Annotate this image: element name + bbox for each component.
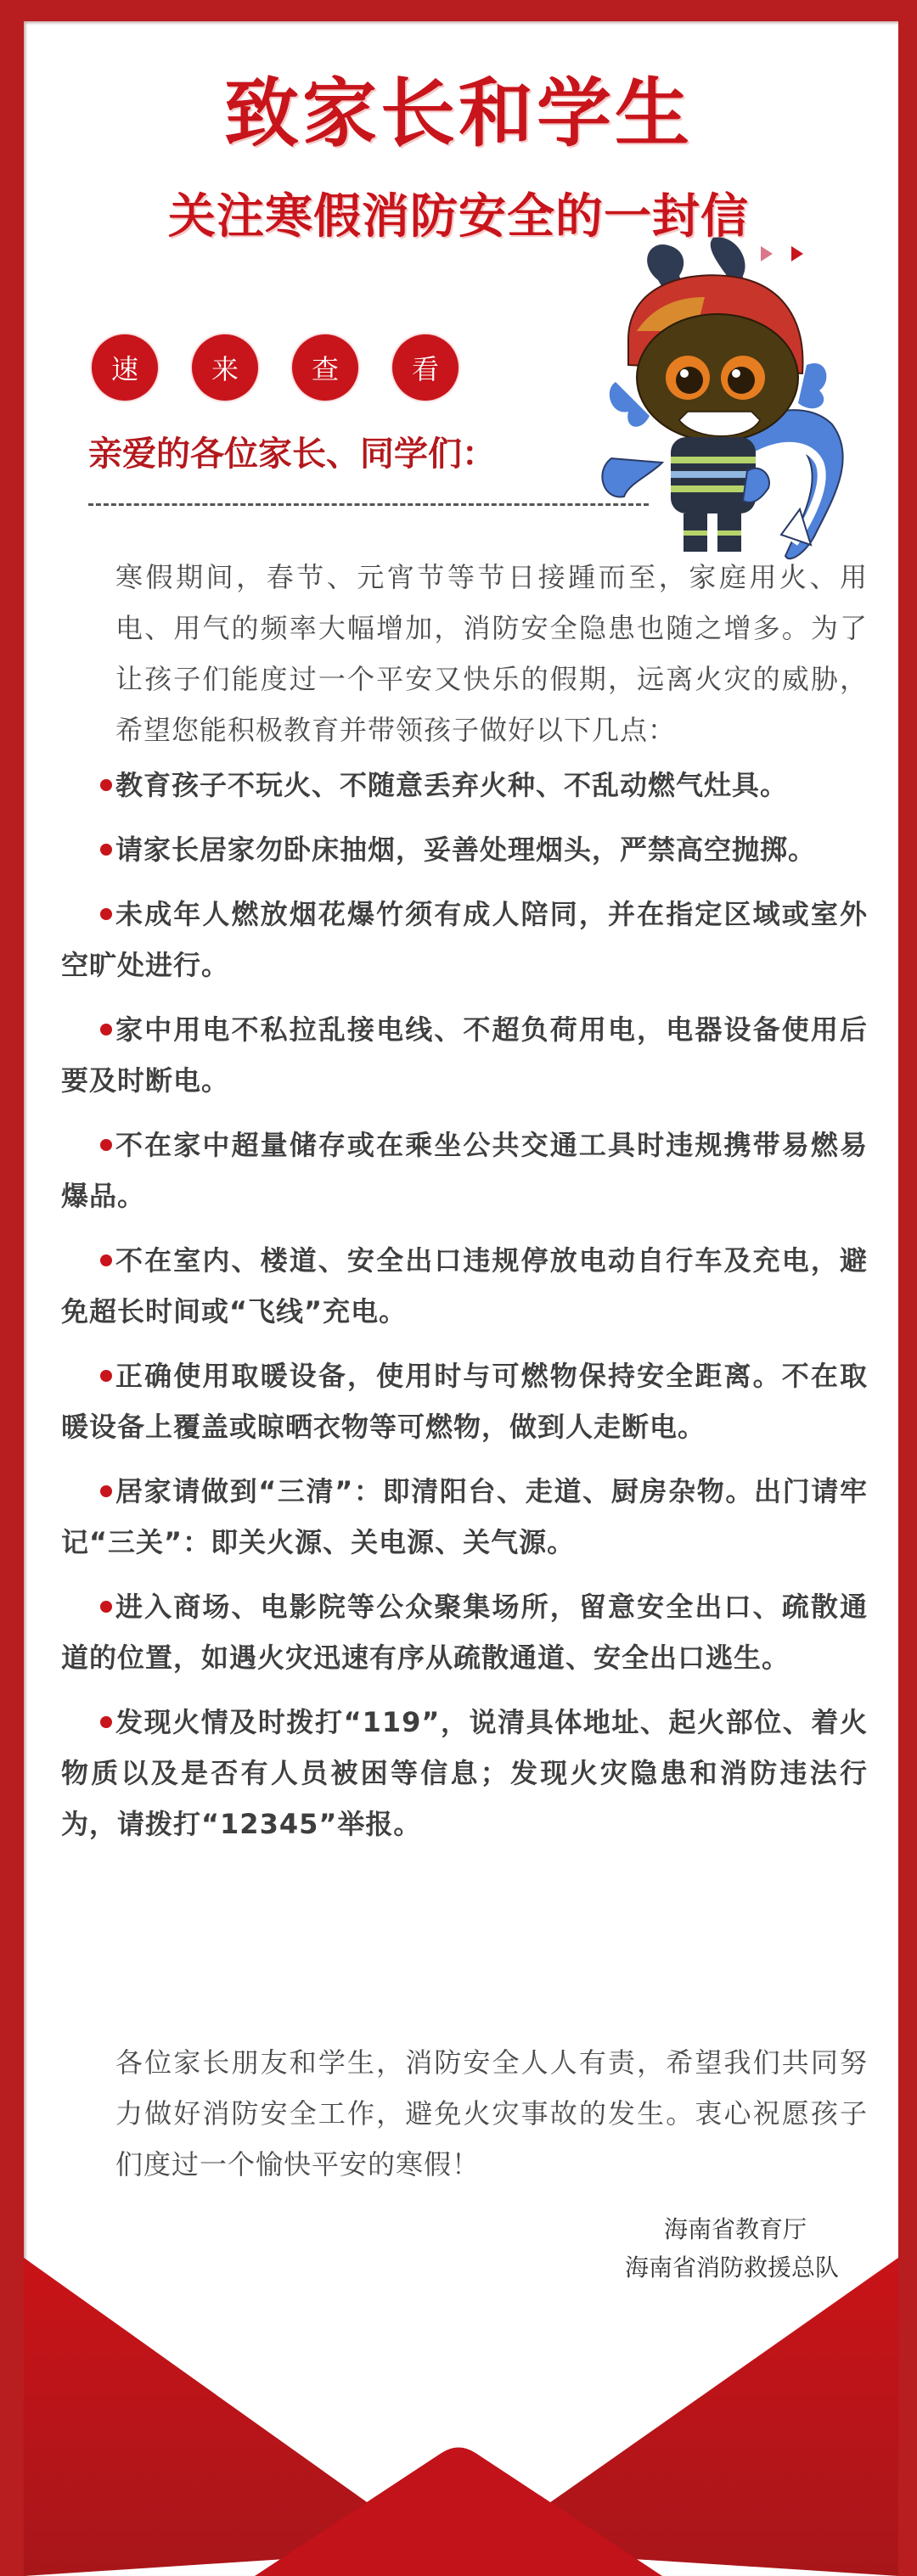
tip-text: 进入商场、电影院等公众聚集场所，留意安全出口、疏散通道的位置，如遇火灾迅速有序从… [61, 1591, 868, 1674]
bullet-dot-icon [100, 1716, 112, 1728]
bullet-dot-icon [100, 1024, 112, 1035]
safety-tips-list: 教育孩子不玩火、不随意丢弃火种、不乱动燃气灶具。 请家长居家勿卧床抽烟，妥善处理… [61, 760, 868, 1863]
tip-text: 不在家中超量储存或在乘坐公共交通工具时违规携带易燃易爆品。 [61, 1129, 868, 1212]
list-item: 发现火情及时拨打“119”，说清具体地址、起火部位、着火物质以及是否有人员被困等… [61, 1697, 868, 1849]
list-item: 未成年人燃放烟花爆竹须有成人陪同，并在指定区域或室外空旷处进行。 [61, 889, 868, 991]
list-item: 教育孩子不玩火、不随意丢弃火种、不乱动燃气灶具。 [61, 760, 868, 811]
tip-text: 不在室内、楼道、安全出口违规停放电动自行车及充电，避免超长时间或“飞线”充电。 [61, 1244, 868, 1327]
tip-text: 请家长居家勿卧床抽烟，妥善处理烟头，严禁高空抛掷。 [115, 833, 816, 866]
bullet-dot-icon [100, 1254, 112, 1266]
bullet-dot-icon [100, 1485, 112, 1497]
bullet-dot-icon [100, 779, 112, 791]
bullet-dot-icon [100, 844, 112, 856]
badge-circle: 来 [192, 334, 258, 401]
tip-text: 发现火情及时拨打“119”，说清具体地址、起火部位、着火物质以及是否有人员被困等… [61, 1706, 868, 1840]
tip-text: 教育孩子不玩火、不随意丢弃火种、不乱动燃气灶具。 [115, 769, 788, 801]
firefighter-dragon-mascot-icon [577, 229, 866, 569]
list-item: 不在家中超量储存或在乘坐公共交通工具时违规携带易燃易爆品。 [61, 1120, 868, 1221]
signature-education-dept: 海南省教育厅 [467, 2211, 807, 2248]
closing-text: 各位家长朋友和学生，消防安全人人有责，希望我们共同努力做好消防安全工作，避免火灾… [61, 2037, 868, 2190]
badge-circle: 看 [392, 334, 458, 401]
tip-text: 正确使用取暖设备，使用时与可燃物保持安全距离。不在取暖设备上覆盖或晾晒衣物等可燃… [61, 1360, 868, 1443]
bullet-dot-icon [100, 1601, 112, 1613]
list-item: 居家请做到“三清”：即清阳台、走道、厨房杂物。出门请牢记“三关”：即关火源、关电… [61, 1466, 868, 1568]
bullet-dot-icon [100, 1370, 112, 1382]
list-item: 正确使用取暖设备，使用时与可燃物保持安全距离。不在取暖设备上覆盖或晾晒衣物等可燃… [61, 1350, 868, 1452]
bullet-dot-icon [100, 908, 112, 920]
bullet-dot-icon [100, 1139, 112, 1151]
dashed-divider [88, 503, 649, 506]
signature-fire-rescue: 海南省消防救援总队 [499, 2249, 839, 2287]
list-item: 家中用电不私拉乱接电线、不超负荷用电，电器设备使用后要及时断电。 [61, 1004, 868, 1106]
tip-text: 家中用电不私拉乱接电线、不超负荷用电，电器设备使用后要及时断电。 [61, 1013, 868, 1097]
tip-text: 居家请做到“三清”：即清阳台、走道、厨房杂物。出门请牢记“三关”：即关火源、关电… [61, 1475, 868, 1558]
list-item: 请家长居家勿卧床抽烟，妥善处理烟头，严禁高空抛掷。 [61, 824, 868, 875]
greeting-heading: 亲爱的各位家长、同学们： [88, 429, 496, 480]
list-item: 进入商场、电影院等公众聚集场所，留意安全出口、疏散通道的位置，如遇火灾迅速有序从… [61, 1581, 868, 1683]
intro-paragraph: 寒假期间，春节、元宵节等节日接踵而至，家庭用火、用电、用气的频率大幅增加，消防安… [61, 552, 868, 755]
badge-circle: 速 [92, 334, 158, 401]
closing-paragraph: 各位家长朋友和学生，消防安全人人有责，希望我们共同努力做好消防安全工作，避免火灾… [61, 2037, 868, 2190]
list-item: 不在室内、楼道、安全出口违规停放电动自行车及充电，避免超长时间或“飞线”充电。 [61, 1235, 868, 1337]
intro-text: 寒假期间，春节、元宵节等节日接踵而至，家庭用火、用电、用气的频率大幅增加，消防安… [61, 552, 868, 755]
tip-text: 未成年人燃放烟花爆竹须有成人陪同，并在指定区域或室外空旷处进行。 [61, 898, 868, 981]
page-title: 致家长和学生 [0, 66, 917, 160]
envelope-flap [0, 2258, 917, 2576]
badge-row: 速 来 查 看 [92, 334, 458, 401]
badge-circle: 查 [292, 334, 358, 401]
